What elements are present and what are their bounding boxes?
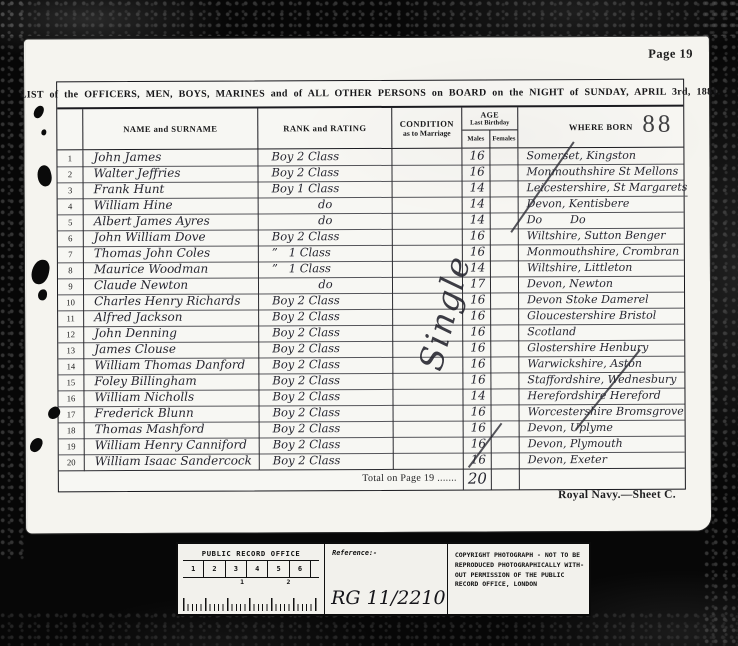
name-cell: William Thomas Danford (84, 357, 259, 375)
age-females-cell (491, 372, 519, 389)
rank-cell: Boy 2 Class (259, 309, 393, 327)
row-number: 13 (58, 342, 84, 359)
rank-cell: do (259, 197, 393, 215)
rank-cell: Boy 1 Class (259, 181, 393, 199)
name-cell: William Henry Canniford (85, 437, 260, 455)
condition-cell (392, 165, 462, 182)
scan-blob (28, 436, 44, 454)
row-number: 15 (58, 374, 84, 391)
total-females-cell (492, 468, 520, 489)
header-age-females: Females (490, 130, 517, 147)
header-age-split: Males Females (462, 130, 517, 147)
table-title: LIST of the OFFICERS, MEN, BOYS, MARINES… (20, 86, 721, 100)
where-born-cell: Monmouthshire, Crombran (519, 244, 684, 262)
age-males-cell: 16 (462, 164, 490, 181)
name-cell: Thomas Mashford (85, 421, 260, 439)
where-born-cell: Devon, Uplyme (520, 420, 685, 438)
rank-cell: Boy 2 Class (259, 373, 393, 391)
age-females-cell (491, 244, 519, 261)
ruler-sub-number: 1 (240, 578, 244, 586)
row-number: 1 (57, 150, 83, 167)
scan-noise-top (0, 0, 738, 36)
name-cell: Maurice Woodman (84, 261, 259, 279)
row-number: 20 (59, 454, 85, 471)
rank-cell: Boy 2 Class (260, 437, 394, 455)
name-cell: Claude Newton (84, 277, 259, 295)
rank-cell: Boy 2 Class (259, 357, 393, 375)
where-born-cell: Glostershire Henbury (519, 340, 684, 358)
rank-cell: Boy 2 Class (259, 293, 393, 311)
condition-cell (392, 149, 462, 166)
name-cell: John Denning (84, 325, 259, 343)
rank-cell: do (259, 277, 393, 295)
where-born-cell: Devon, Newton (519, 276, 684, 294)
scan-blob (30, 258, 51, 286)
scan-blob (35, 164, 54, 188)
age-females-cell (491, 276, 519, 293)
row-number: 19 (59, 438, 85, 455)
row-number: 4 (58, 198, 84, 215)
ruler-cell: 3 (226, 561, 247, 577)
rank-cell: Boy 2 Class (259, 325, 393, 343)
census-page: Page 19 LIST of the OFFICERS, MEN, BOYS,… (24, 37, 711, 534)
header-where-born: WHERE BORN 88 (518, 107, 683, 148)
copyright-line: RECORD OFFICE, LONDON (455, 580, 584, 590)
age-males-cell: 16 (464, 404, 492, 421)
condition-cell (394, 453, 464, 470)
name-cell: John James (83, 149, 258, 167)
header-condition: CONDITION as to Marriage (392, 108, 462, 148)
age-males-cell: 16 (463, 340, 491, 357)
age-females-cell (492, 452, 520, 469)
name-cell: Albert James Ayres (84, 213, 259, 231)
public-record-office-strip: PUBLIC RECORD OFFICE 123456 12 Reference… (176, 542, 591, 616)
where-born-cell: Devon Stoke Damerel (519, 292, 684, 310)
row-number: 6 (58, 230, 84, 247)
age-females-cell (491, 324, 519, 341)
row-number: 14 (58, 358, 84, 375)
age-males-cell: 14 (463, 388, 491, 405)
where-born-cell: Worcestershire Bromsgrove (520, 404, 685, 422)
table-title-row: LIST of the OFFICERS, MEN, BOYS, MARINES… (57, 80, 683, 110)
age-males-cell: 16 (463, 356, 491, 373)
name-cell: William Hine (84, 197, 259, 215)
ruler-cell: 5 (268, 561, 289, 577)
age-females-cell (491, 260, 519, 277)
age-males-cell: 16 (462, 148, 490, 165)
fine-ruler: 12 (183, 580, 319, 611)
rank-cell: ” 1 Class (259, 245, 393, 263)
total-label: Total on Page 19 ....... (59, 469, 464, 492)
name-cell: William Nicholls (84, 389, 259, 407)
where-born-cell: Wiltshire, Littleton (519, 260, 684, 278)
where-born-cell: Somerset, Kingston (518, 148, 683, 166)
ruler-cell: 4 (247, 561, 268, 577)
condition-cell (393, 181, 463, 198)
ruler-minor-ticks (183, 604, 319, 611)
sheet-footer: Royal Navy.—Sheet C. (558, 489, 676, 502)
where-born-cell: Devon, Kentisbere (519, 196, 684, 214)
ruler-cells: 123456 (183, 561, 319, 578)
scan-blob (38, 289, 47, 300)
copyright-line: REPRODUCED PHOTOGRAPHICALLY WITH- (455, 561, 584, 571)
rank-cell: Boy 2 Class (258, 165, 392, 183)
header-row-number (57, 109, 83, 149)
age-females-cell (491, 388, 519, 405)
name-cell: Walter Jeffries (83, 165, 258, 183)
row-number: 10 (58, 294, 84, 311)
where-born-cell: Devon, Plymouth (520, 436, 685, 454)
ruler-cell: 2 (204, 561, 225, 577)
header-age: AGE Last Birthday Males Females (462, 107, 518, 147)
age-males-cell: 16 (463, 372, 491, 389)
rank-cell: ” 1 Class (259, 261, 393, 279)
age-males-cell: 16 (463, 308, 491, 325)
table-header-row: NAME and SURNAME RANK and RATING CONDITI… (57, 107, 683, 151)
row-number: 11 (58, 310, 84, 327)
ruler-cell: 6 (290, 561, 311, 577)
pro-reference-section: Reference:- RG 11/2210 (325, 544, 448, 614)
where-born-cell: Wiltshire, Sutton Benger (519, 228, 684, 246)
age-females-cell (492, 436, 520, 453)
age-females-cell (491, 180, 519, 197)
rank-cell: Boy 2 Class (260, 421, 394, 439)
scan-noise-bottom (0, 612, 738, 646)
where-born-cell: Staffordshire, Wednesbury (519, 372, 684, 390)
rank-cell: Boy 2 Class (260, 405, 394, 423)
ruler-cell: 1 (183, 561, 204, 577)
row-number: 3 (58, 182, 84, 199)
row-number: 17 (59, 406, 85, 423)
name-cell: James Clouse (84, 341, 259, 359)
scan-blob (32, 104, 45, 119)
rank-cell: do (259, 213, 393, 231)
age-females-cell (491, 292, 519, 309)
name-cell: Charles Henry Richards (84, 293, 259, 311)
reference-label: Reference:- (332, 549, 377, 557)
header-rank: RANK and RATING (258, 108, 392, 149)
condition-cell (394, 437, 464, 454)
age-females-cell (490, 148, 518, 165)
age-males-cell: 16 (464, 420, 492, 437)
row-number: 8 (58, 262, 84, 279)
header-age-title: AGE Last Birthday (462, 107, 517, 130)
row-number: 12 (58, 326, 84, 343)
scan-blob (41, 129, 46, 135)
header-age-males: Males (462, 130, 490, 147)
folio-stamp: 88 (642, 111, 673, 139)
age-females-cell (491, 340, 519, 357)
where-born-cell: Warwickshire, Aston (519, 356, 684, 374)
where-born-cell: Gloucestershire Bristol (519, 308, 684, 326)
age-females-cell (490, 164, 518, 181)
copyright-text: COPYRIGHT PHOTOGRAPH - NOT TO BEREPRODUC… (448, 544, 589, 614)
header-name: NAME and SURNAME (83, 108, 258, 149)
name-cell: John William Dove (84, 229, 259, 247)
where-born-cell: Monmouthshire St Mellons (518, 164, 683, 182)
total-row: Total on Page 19 ....... 20 (59, 468, 685, 492)
row-number: 16 (58, 390, 84, 407)
rank-cell: Boy 2 Class (258, 149, 392, 167)
age-females-cell (491, 308, 519, 325)
rank-cell: Boy 2 Class (259, 229, 393, 247)
page-number-label: Page 19 (648, 47, 693, 62)
total-value: 20 (464, 468, 492, 489)
copyright-line: COPYRIGHT PHOTOGRAPH - NOT TO BE (455, 551, 584, 561)
age-females-cell (491, 196, 519, 213)
census-table: LIST of the OFFICERS, MEN, BOYS, MARINES… (56, 79, 686, 493)
table-body: 1 John James Boy 2 Class 16 Somerset, Ki… (57, 148, 684, 471)
age-females-cell (491, 228, 519, 245)
age-females-cell (492, 404, 520, 421)
where-born-cell: Devon, Exeter (520, 452, 685, 470)
where-born-cell: Do Do (519, 212, 684, 230)
row-number: 18 (59, 422, 85, 439)
ruler-sub-number: 2 (286, 578, 290, 586)
row-number: 2 (57, 166, 83, 183)
row-number: 7 (58, 246, 84, 263)
name-cell: Frank Hunt (84, 181, 259, 199)
ruler-cell-end (311, 561, 319, 577)
age-males-cell: 16 (463, 324, 491, 341)
where-born-cell: Scotland (519, 324, 684, 342)
age-females-cell (491, 356, 519, 373)
name-cell: Foley Billingham (84, 373, 259, 391)
total-born-cell (520, 468, 685, 490)
name-cell: William Isaac Sandercock (85, 453, 260, 471)
name-cell: Thomas John Coles (84, 245, 259, 263)
row-number: 9 (58, 278, 84, 295)
reference-value: RG 11/2210 (331, 587, 445, 609)
name-cell: Frederick Blunn (85, 405, 260, 423)
scan-noise-left (0, 0, 26, 560)
row-number: 5 (58, 214, 84, 231)
rank-cell: Boy 2 Class (259, 389, 393, 407)
rank-cell: Boy 2 Class (260, 453, 394, 471)
pro-ruler-section: PUBLIC RECORD OFFICE 123456 12 (178, 544, 325, 614)
pro-office-title: PUBLIC RECORD OFFICE (183, 548, 319, 561)
copyright-line: OUT PERMISSION OF THE PUBLIC (455, 571, 584, 581)
name-cell: Alfred Jackson (84, 309, 259, 327)
rank-cell: Boy 2 Class (259, 341, 393, 359)
